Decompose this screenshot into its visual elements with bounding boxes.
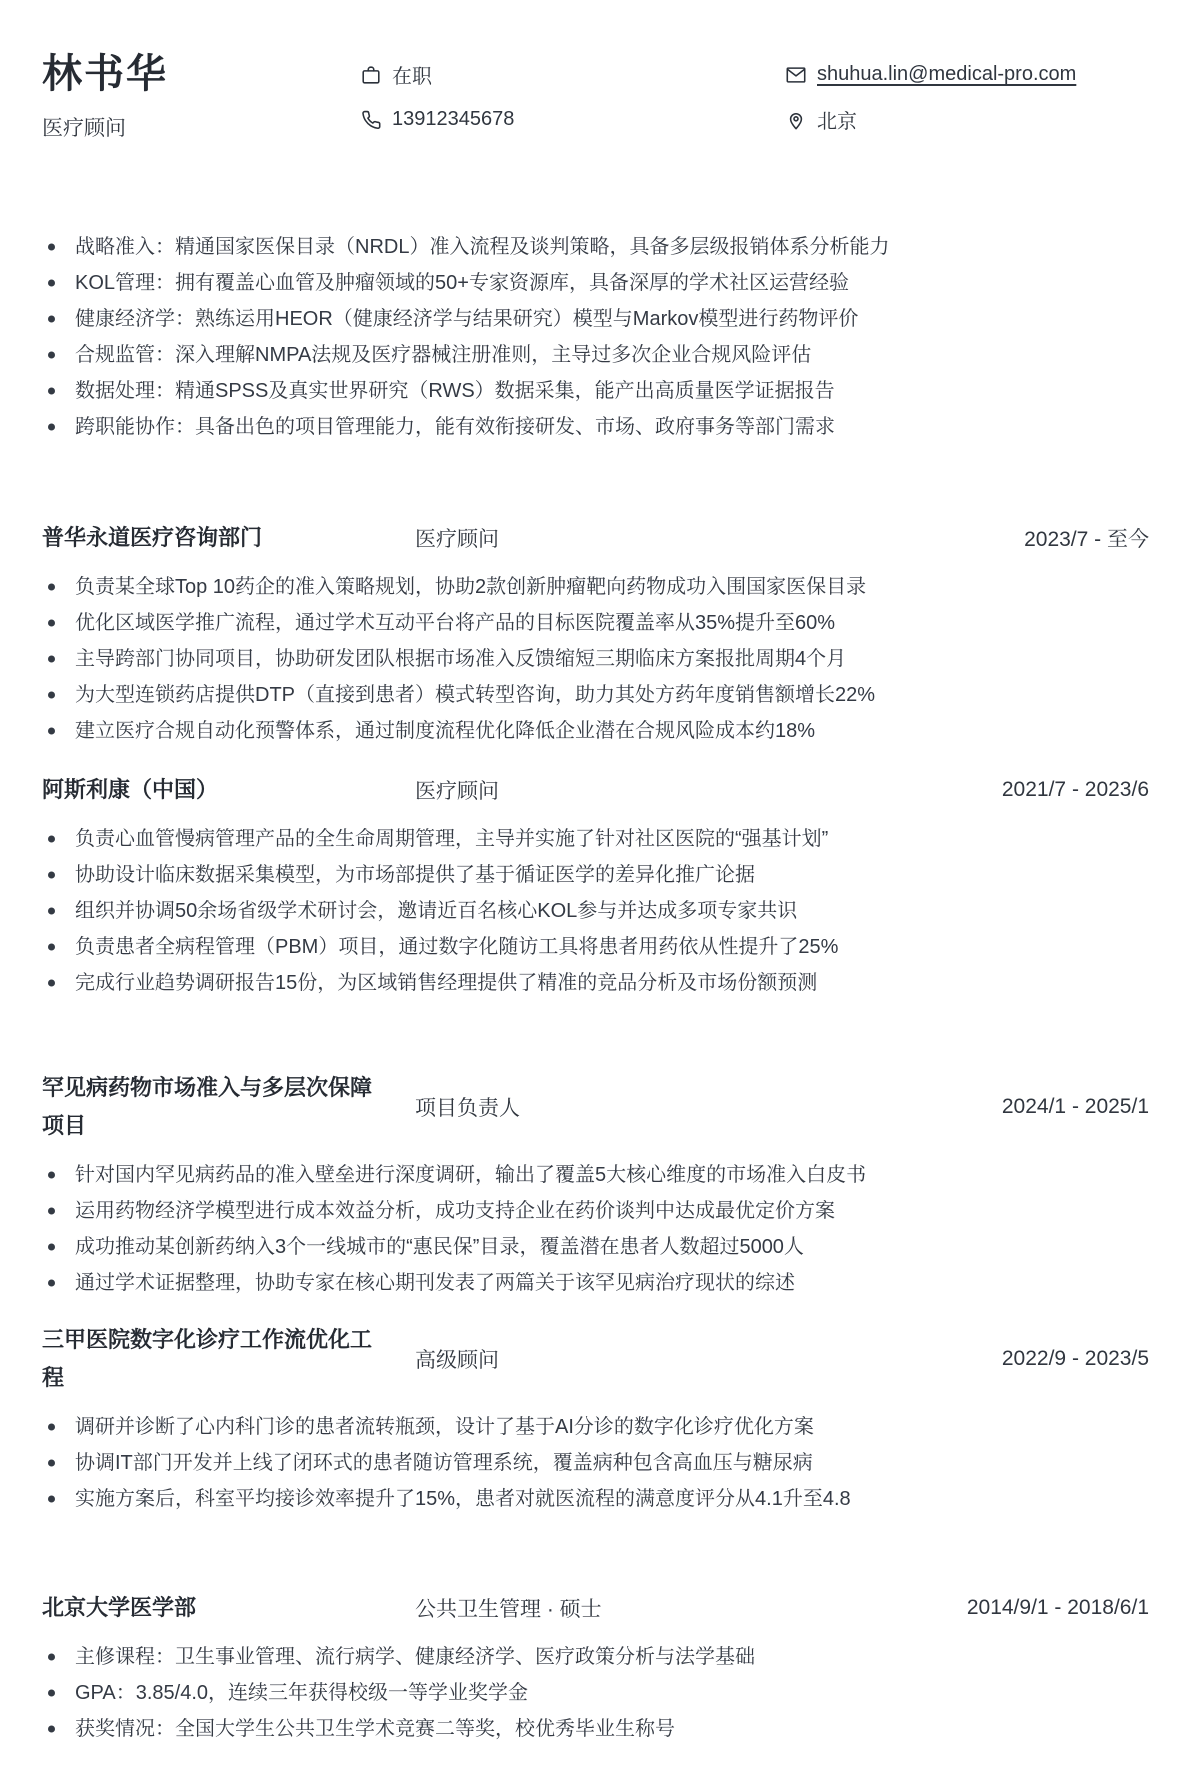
experience-section: 普华永道医疗咨询部门 医疗顾问 2023/7 - 至今 负责某全球Top 10药… bbox=[42, 519, 1149, 1001]
experience-bullet: 优化区域医学推广流程，通过学术互动平台将产品的目标医院覆盖率从35%提升至60% bbox=[42, 605, 1149, 641]
resume-header: 林书华 医疗顾问 在职 13912345678 shuhua.li bbox=[42, 0, 1149, 142]
location-pin-icon bbox=[785, 109, 807, 131]
project-bullet: 协调IT部门开发并上线了闭环式的患者随访管理系统，覆盖病种包含高血压与糖尿病 bbox=[42, 1445, 1149, 1481]
project-bullet: 通过学术证据整理，协助专家在核心期刊发表了两篇关于该罕见病治疗现状的综述 bbox=[42, 1265, 1149, 1301]
contact-column-left: 在职 13912345678 bbox=[360, 62, 514, 132]
company-name: 普华永道医疗咨询部门 bbox=[42, 519, 392, 557]
experience-bullet: 负责某全球Top 10药企的准入策略规划，协助2款创新肿瘤靶向药物成功入围国家医… bbox=[42, 569, 1149, 605]
date-range: 2022/9 - 2023/5 bbox=[1002, 1347, 1149, 1371]
experience-bullet: 完成行业趋势调研报告15份，为区域销售经理提供了精准的竞品分析及市场份额预测 bbox=[42, 965, 1149, 1001]
project-role: 项目负责人 bbox=[392, 1092, 1002, 1122]
date-range: 2023/7 - 至今 bbox=[1024, 523, 1149, 553]
date-range: 2024/1 - 2025/1 bbox=[1002, 1095, 1149, 1119]
employment-status-label: 在职 bbox=[392, 60, 432, 89]
school-name: 北京大学医学部 bbox=[42, 1589, 392, 1627]
summary-item: 战略准入：精通国家医保目录（NRDL）准入流程及谈判策略，具备多层级报销体系分析… bbox=[42, 229, 1149, 265]
project-entry: 罕见病药物市场准入与多层次保障项目 项目负责人 2024/1 - 2025/1 … bbox=[42, 1069, 1149, 1301]
experience-bullet: 主导跨部门协同项目，协助研发团队根据市场准入反馈缩短三期临床方案报批周期4个月 bbox=[42, 641, 1149, 677]
summary-item: 数据处理：精通SPSS及真实世界研究（RWS）数据采集，能产出高质量医学证据报告 bbox=[42, 373, 1149, 409]
project-role: 高级顾问 bbox=[392, 1344, 1002, 1374]
experience-bullet: 组织并协调50余场省级学术研讨会，邀请近百名核心KOL参与并达成多项专家共识 bbox=[42, 893, 1149, 929]
project-entry: 三甲医院数字化诊疗工作流优化工程 高级顾问 2022/9 - 2023/5 调研… bbox=[42, 1321, 1149, 1517]
education-entry-header: 北京大学医学部 公共卫生管理 · 硕士 2014/9/1 - 2018/6/1 bbox=[42, 1589, 1149, 1627]
phone-icon bbox=[360, 109, 382, 131]
contact-column-right: shuhua.lin@medical-pro.com 北京 bbox=[785, 62, 1076, 132]
experience-bullet: 为大型连锁药店提供DTP（直接到患者）模式转型咨询，助力其处方药年度销售额增长2… bbox=[42, 677, 1149, 713]
summary-item: 合规监管：深入理解NMPA法规及医疗器械注册准则，主导过多次企业合规风险评估 bbox=[42, 337, 1149, 373]
summary-item: 健康经济学：熟练运用HEOR（健康经济学与结果研究）模型与Markov模型进行药… bbox=[42, 301, 1149, 337]
date-range: 2014/9/1 - 2018/6/1 bbox=[967, 1596, 1149, 1620]
company-name: 阿斯利康（中国） bbox=[42, 771, 392, 809]
date-range: 2021/7 - 2023/6 bbox=[1002, 778, 1149, 802]
location-label: 北京 bbox=[817, 105, 857, 134]
experience-bullet: 负责心血管慢病管理产品的全生命周期管理，主导并实施了针对社区医院的“强基计划” bbox=[42, 821, 1149, 857]
email-row: shuhua.lin@medical-pro.com bbox=[785, 62, 1076, 87]
project-name: 罕见病药物市场准入与多层次保障项目 bbox=[42, 1069, 392, 1145]
project-bullet: 针对国内罕见病药品的准入壁垒进行深度调研，输出了覆盖5大核心维度的市场准入白皮书 bbox=[42, 1157, 1149, 1193]
experience-entry-header: 普华永道医疗咨询部门 医疗顾问 2023/7 - 至今 bbox=[42, 519, 1149, 557]
role-title: 医疗顾问 bbox=[392, 523, 1024, 553]
education-entry: 北京大学医学部 公共卫生管理 · 硕士 2014/9/1 - 2018/6/1 … bbox=[42, 1589, 1149, 1747]
projects-section: 罕见病药物市场准入与多层次保障项目 项目负责人 2024/1 - 2025/1 … bbox=[42, 1069, 1149, 1517]
education-bullet-list: 主修课程：卫生事业管理、流行病学、健康经济学、医疗政策分析与法学基础 GPA：3… bbox=[42, 1639, 1149, 1747]
experience-bullet: 负责患者全病程管理（PBM）项目，通过数字化随访工具将患者用药依从性提升了25% bbox=[42, 929, 1149, 965]
project-bullet: 成功推动某创新药纳入3个一线城市的“惠民保”目录，覆盖潜在患者人数超过5000人 bbox=[42, 1229, 1149, 1265]
summary-list: 战略准入：精通国家医保目录（NRDL）准入流程及谈判策略，具备多层级报销体系分析… bbox=[42, 229, 1149, 445]
project-bullet-list: 调研并诊断了心内科门诊的患者流转瓶颈，设计了基于AI分诊的数字化诊疗优化方案 协… bbox=[42, 1409, 1149, 1517]
summary-item: 跨职能协作：具备出色的项目管理能力，能有效衔接研发、市场、政府事务等部门需求 bbox=[42, 409, 1149, 445]
experience-entry-header: 阿斯利康（中国） 医疗顾问 2021/7 - 2023/6 bbox=[42, 771, 1149, 809]
experience-bullet-list: 负责某全球Top 10药企的准入策略规划，协助2款创新肿瘤靶向药物成功入围国家医… bbox=[42, 569, 1149, 749]
resume-page: 林书华 医疗顾问 在职 13912345678 shuhua.li bbox=[0, 0, 1191, 1787]
briefcase-icon bbox=[360, 64, 382, 86]
summary-item: KOL管理：拥有覆盖心血管及肿瘤领域的50+专家资源库，具备深厚的学术社区运营经… bbox=[42, 265, 1149, 301]
employment-status: 在职 bbox=[360, 62, 514, 87]
project-name: 三甲医院数字化诊疗工作流优化工程 bbox=[42, 1321, 392, 1397]
project-entry-header: 三甲医院数字化诊疗工作流优化工程 高级顾问 2022/9 - 2023/5 bbox=[42, 1321, 1149, 1397]
experience-entry: 普华永道医疗咨询部门 医疗顾问 2023/7 - 至今 负责某全球Top 10药… bbox=[42, 519, 1149, 749]
email-link[interactable]: shuhua.lin@medical-pro.com bbox=[817, 63, 1076, 86]
experience-bullet-list: 负责心血管慢病管理产品的全生命周期管理，主导并实施了针对社区医院的“强基计划” … bbox=[42, 821, 1149, 1001]
education-bullet: 获奖情况：全国大学生公共卫生学术竞赛二等奖，校优秀毕业生称号 bbox=[42, 1711, 1149, 1747]
education-section: 北京大学医学部 公共卫生管理 · 硕士 2014/9/1 - 2018/6/1 … bbox=[42, 1589, 1149, 1747]
phone-number: 13912345678 bbox=[392, 108, 514, 131]
education-bullet: 主修课程：卫生事业管理、流行病学、健康经济学、医疗政策分析与法学基础 bbox=[42, 1639, 1149, 1675]
project-entry-header: 罕见病药物市场准入与多层次保障项目 项目负责人 2024/1 - 2025/1 bbox=[42, 1069, 1149, 1145]
experience-bullet: 建立医疗合规自动化预警体系，通过制度流程优化降低企业潜在合规风险成本约18% bbox=[42, 713, 1149, 749]
mail-icon bbox=[785, 64, 807, 86]
education-bullet: GPA：3.85/4.0，连续三年获得校级一等学业奖学金 bbox=[42, 1675, 1149, 1711]
experience-entry: 阿斯利康（中国） 医疗顾问 2021/7 - 2023/6 负责心血管慢病管理产… bbox=[42, 771, 1149, 1001]
phone-row: 13912345678 bbox=[360, 107, 514, 132]
project-bullet: 实施方案后，科室平均接诊效率提升了15%，患者对就医流程的满意度评分从4.1升至… bbox=[42, 1481, 1149, 1517]
project-bullet: 运用药物经济学模型进行成本效益分析，成功支持企业在药价谈判中达成最优定价方案 bbox=[42, 1193, 1149, 1229]
degree-title: 公共卫生管理 · 硕士 bbox=[392, 1593, 967, 1623]
experience-bullet: 协助设计临床数据采集模型，为市场部提供了基于循证医学的差异化推广论据 bbox=[42, 857, 1149, 893]
role-title: 医疗顾问 bbox=[392, 775, 1002, 805]
location-row: 北京 bbox=[785, 107, 1076, 132]
project-bullet: 调研并诊断了心内科门诊的患者流转瓶颈，设计了基于AI分诊的数字化诊疗优化方案 bbox=[42, 1409, 1149, 1445]
project-bullet-list: 针对国内罕见病药品的准入壁垒进行深度调研，输出了覆盖5大核心维度的市场准入白皮书… bbox=[42, 1157, 1149, 1301]
